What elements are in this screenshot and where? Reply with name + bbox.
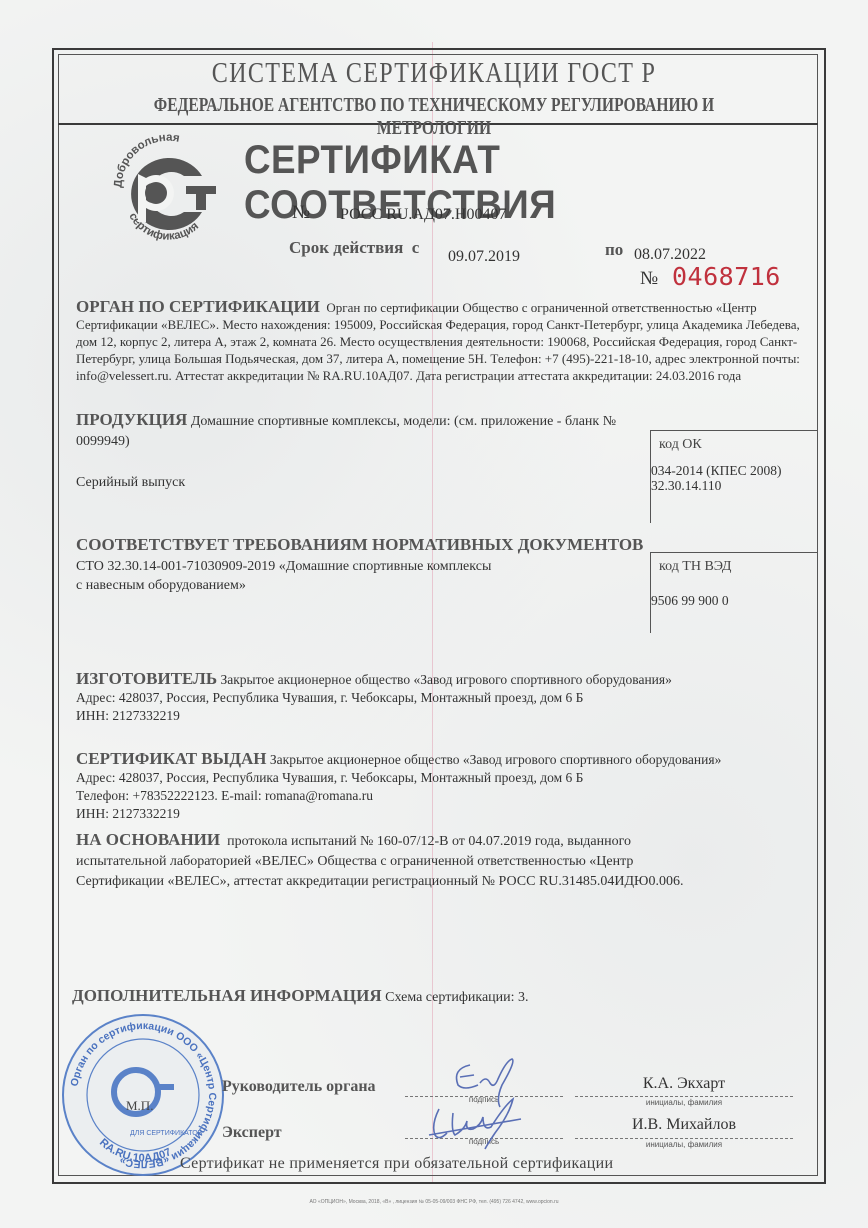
ok-code-box: код ОК 034-2014 (КПЕС 2008) 32.30.14.110 xyxy=(650,430,817,523)
additional-info-heading: ДОПОЛНИТЕЛЬНАЯ ИНФОРМАЦИЯ xyxy=(72,986,382,1005)
tn-ved-code: 9506 99 900 0 xyxy=(651,593,817,608)
expert-name: И.В. Михайлов xyxy=(575,1116,793,1134)
basis-heading: НА ОСНОВАНИИ xyxy=(76,830,220,849)
certification-body-section: ОРГАН ПО СЕРТИФИКАЦИИ Орган по сертифика… xyxy=(76,298,816,384)
manufacturer-inn: ИНН: 2127332219 xyxy=(76,707,816,725)
additional-info-section: ДОПОЛНИТЕЛЬНАЯ ИНФОРМАЦИЯ Схема сертифик… xyxy=(72,987,812,1006)
basis-line-2: испытательной лабораторией «ВЕЛЕС» Общес… xyxy=(76,852,816,872)
compliance-line-1: СТО 32.30.14-001-71030909-2019 «Домашние… xyxy=(76,557,656,576)
manufacturer-address: Адрес: 428037, Россия, Республика Чуваши… xyxy=(76,689,816,707)
certificate-title: СЕРТИФИКАТ СООТВЕТСТВИЯ xyxy=(244,138,818,228)
basis-line-1: протокола испытаний № 160-07/12-В от 04.… xyxy=(227,834,631,849)
expert-name-line xyxy=(575,1138,793,1139)
head-label: Руководитель органа xyxy=(222,1078,376,1096)
ok-code-line-1: 034-2014 (КПЕС 2008) xyxy=(651,463,817,478)
manufacturer-section: ИЗГОТОВИТЕЛЬ Закрытое акционерное общест… xyxy=(76,670,816,725)
expert-label: Эксперт xyxy=(222,1124,282,1142)
disclaimer: Сертификат не применяется при обязательн… xyxy=(180,1155,613,1173)
ok-code-line-2: 32.30.14.110 xyxy=(651,478,817,493)
ok-code-label: код ОК xyxy=(659,437,817,453)
printer-imprint: АО «ОПЦИОН», Москва, 2018, «В» , лицензи… xyxy=(0,1199,868,1205)
product-heading: ПРОДУКЦИЯ xyxy=(76,410,187,429)
head-name-caption: инициалы, фамилия xyxy=(575,1098,793,1107)
manufacturer-heading: ИЗГОТОВИТЕЛЬ xyxy=(76,669,217,688)
issued-to-contacts: Телефон: +78352222123. E-mail: romana@ro… xyxy=(76,787,816,805)
basis-line-3: Сертификации «ВЕЛЕС», аттестат аккредита… xyxy=(76,872,816,892)
compliance-line-2: с навесным оборудованием» xyxy=(76,576,656,595)
rst-mark-icon: Добровольная сертификация xyxy=(104,130,228,248)
product-section: ПРОДУКЦИЯ Домашние спортивные комплексы,… xyxy=(76,410,636,491)
compliance-heading: СООТВЕТСТВУЕТ ТРЕБОВАНИЯМ НОРМАТИВНЫХ ДО… xyxy=(76,535,656,555)
issued-to-name: Закрытое акционерное общество «Завод игр… xyxy=(270,752,721,767)
basis-section: НА ОСНОВАНИИ протокола испытаний № 160-0… xyxy=(76,830,816,892)
valid-from: 09.07.2019 xyxy=(448,248,520,266)
validity-text: Срок действия xyxy=(289,238,403,257)
validity-label: Срок действия с xyxy=(289,238,419,258)
compliance-section: СООТВЕТСТВУЕТ ТРЕБОВАНИЯМ НОРМАТИВНЫХ ДО… xyxy=(76,535,656,595)
registration-number: РОСС RU.АД07.Н00407 xyxy=(340,206,506,224)
stamp-inner-text: ДЛЯ СЕРТИФИКАТОВ xyxy=(130,1130,203,1137)
blank-number: 0468716 xyxy=(672,262,781,291)
issued-to-address: Адрес: 428037, Россия, Республика Чуваши… xyxy=(76,769,816,787)
system-title: СИСТЕМА СЕРТИФИКАЦИИ ГОСТ Р xyxy=(61,58,807,90)
head-name-line xyxy=(575,1096,793,1097)
issued-to-heading: СЕРТИФИКАТ ВЫДАН xyxy=(76,749,267,768)
serial-production: Серийный выпуск xyxy=(76,474,636,491)
expert-signature-icon xyxy=(425,1095,525,1151)
registration-number-label: № xyxy=(292,202,310,224)
issued-to-section: СЕРТИФИКАТ ВЫДАН Закрытое акционерное об… xyxy=(76,750,816,823)
expert-name-caption: инициалы, фамилия xyxy=(575,1140,793,1149)
tn-ved-code-box: код ТН ВЭД 9506 99 900 0 xyxy=(650,552,817,633)
validity-from-label: с xyxy=(412,238,420,257)
blank-number-label: № xyxy=(640,268,658,290)
stamp-mp-label: М.П. xyxy=(126,1098,153,1113)
certification-body-heading: ОРГАН ПО СЕРТИФИКАЦИИ xyxy=(76,297,320,316)
issued-to-inn: ИНН: 2127332219 xyxy=(76,805,816,823)
manufacturer-name: Закрытое акционерное общество «Завод игр… xyxy=(220,672,671,687)
validity-to-label: по xyxy=(605,240,623,260)
additional-info-text: Схема сертификации: 3. xyxy=(385,990,528,1005)
head-name: К.А. Экхарт xyxy=(575,1075,793,1093)
tn-ved-label: код ТН ВЭД xyxy=(659,559,817,575)
